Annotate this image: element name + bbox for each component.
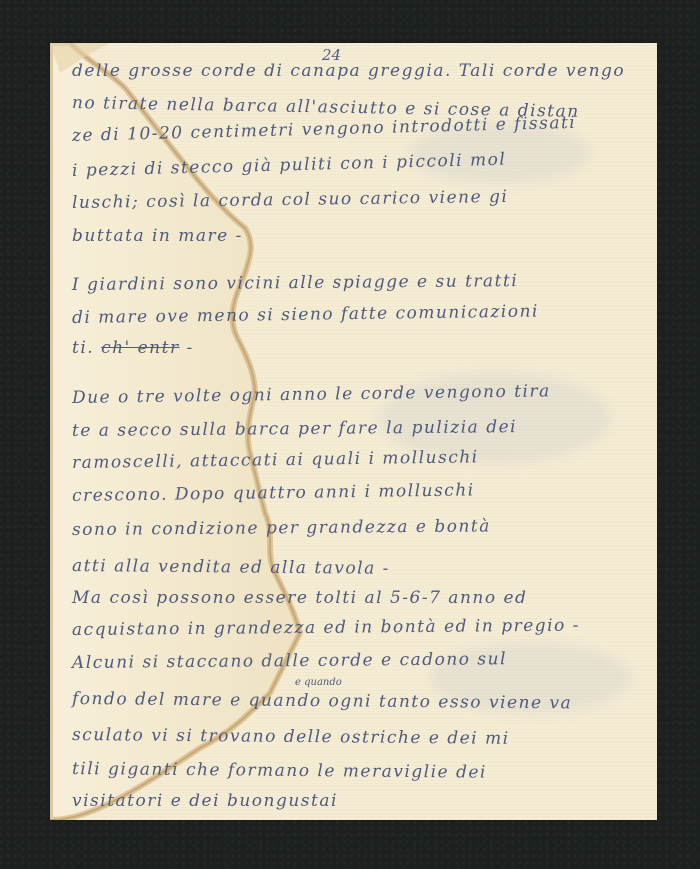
manuscript-line: te a secco sulla barca per fare la puliz… xyxy=(72,417,517,441)
line-start: ti. xyxy=(72,338,101,358)
manuscript-line: Alcuni si staccano dalle corde e cadono … xyxy=(72,649,507,673)
manuscript-line: Ma così possono essere tolti al 5-6-7 an… xyxy=(72,588,527,608)
manuscript-line-struck: ti. ch' entr - xyxy=(72,338,194,358)
line-end: - xyxy=(180,338,194,358)
manuscript-line: tili giganti che formano le meraviglie d… xyxy=(72,759,487,783)
manuscript-line: sono in condizione per grandezza e bontà xyxy=(72,516,491,540)
manuscript-line: atti alla vendita ed alla tavola - xyxy=(72,556,390,579)
struck-text: ch' entr xyxy=(101,338,180,358)
manuscript-line: crescono. Dopo quattro anni i molluschi xyxy=(72,480,475,506)
manuscript-line: di mare ove meno si sieno fatte comunica… xyxy=(72,301,539,328)
manuscript-page: 24 delle grosse corde di canapa greggia.… xyxy=(50,43,657,820)
manuscript-line: sculato vi si trovano delle ostriche e d… xyxy=(72,725,510,749)
manuscript-line: I giardini sono vicini alle spiagge e su… xyxy=(72,271,518,295)
manuscript-line: delle grosse corde di canapa greggia. Ta… xyxy=(72,61,625,81)
manuscript-line: luschi; così la corda col suo carico vie… xyxy=(72,187,509,213)
manuscript-line: visitatori e dei buongustai xyxy=(72,791,338,811)
manuscript-line: i pezzi di stecco già puliti con i picco… xyxy=(72,150,507,181)
manuscript-line: fondo del mare e quando ogni tanto esso … xyxy=(72,689,572,713)
manuscript-line: buttata in mare - xyxy=(72,226,243,246)
manuscript-line: ramoscelli, attaccati ai quali i mollusc… xyxy=(72,447,479,473)
interlinear-insertion: e quando xyxy=(295,677,342,688)
manuscript-line: acquistano in grandezza ed in bontà ed i… xyxy=(72,616,580,640)
